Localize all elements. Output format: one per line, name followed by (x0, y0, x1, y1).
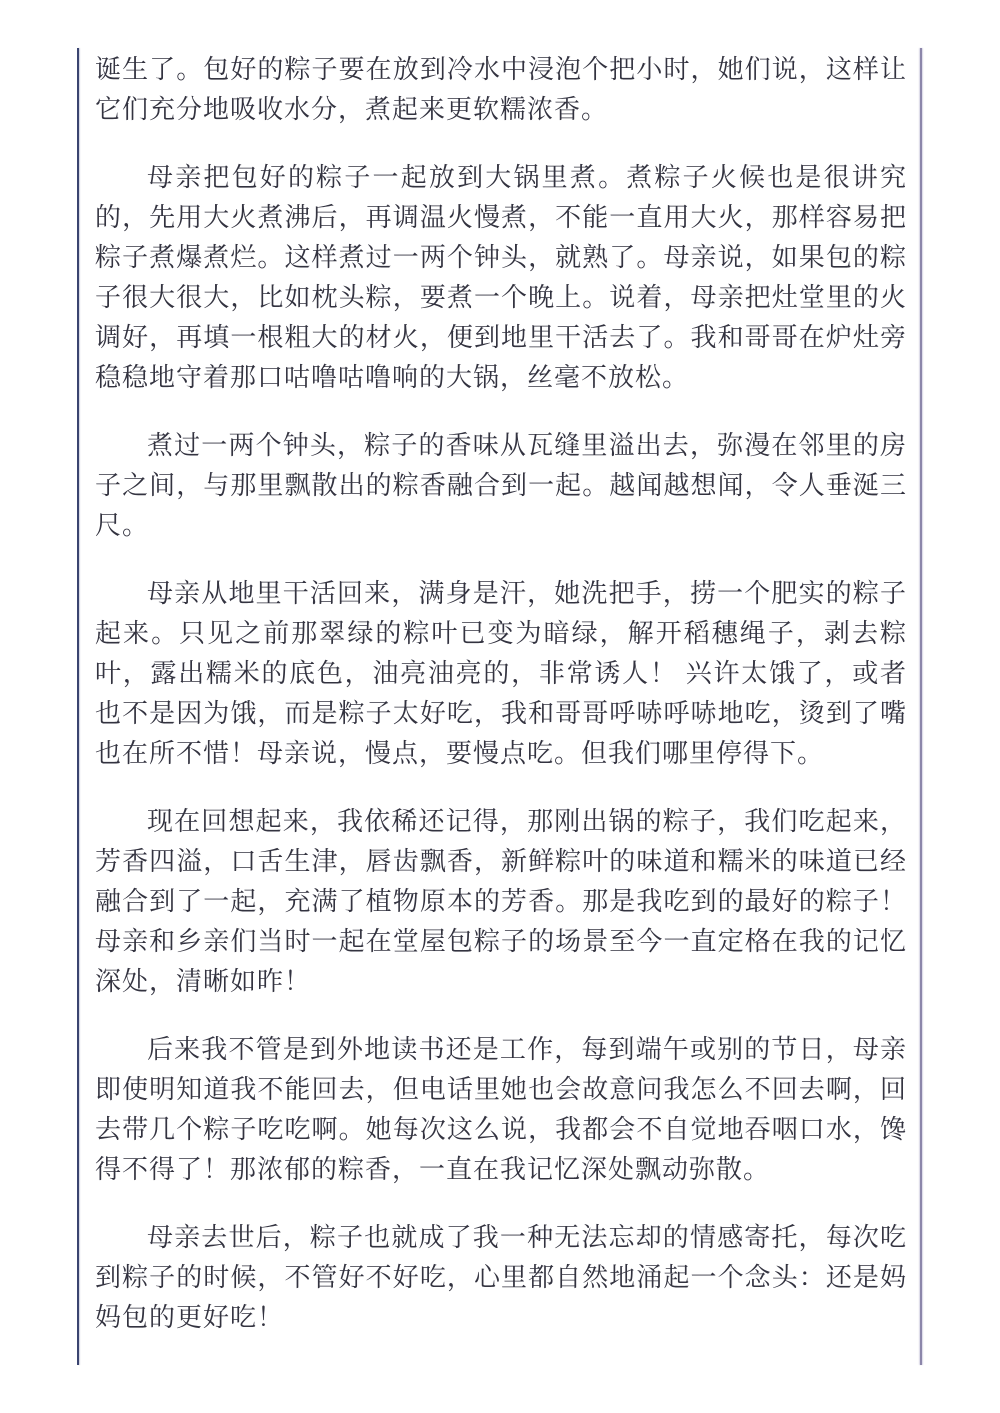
paragraph-6: 后来我不管是到外地读书还是工作，每到端午或别的节日，母亲即使明知道我不能回去，但… (95, 1030, 907, 1190)
paragraph-2: 母亲把包好的粽子一起放到大锅里煮。煮粽子火候也是很讲究的，先用大火煮沸后，再调温… (95, 158, 907, 398)
paragraph-4: 母亲从地里干活回来，满身是汗，她洗把手，捞一个肥实的粽子起来。只见之前那翠绿的粽… (95, 574, 907, 774)
paragraph-5: 现在回想起来，我依稀还记得，那刚出锅的粽子，我们吃起来，芳香四溢，口舌生津，唇齿… (95, 802, 907, 1002)
paragraph-3: 煮过一两个钟头，粽子的香味从瓦缝里溢出去，弥漫在邻里的房子之间，与那里飘散出的粽… (95, 426, 907, 546)
paragraph-1: 诞生了。包好的粽子要在放到冷水中浸泡个把小时，她们说，这样让它们充分地吸收水分，… (95, 50, 907, 130)
document-body-text: 诞生了。包好的粽子要在放到冷水中浸泡个把小时，她们说，这样让它们充分地吸收水分，… (95, 50, 907, 1366)
paragraph-7: 母亲去世后，粽子也就成了我一种无法忘却的情感寄托，每次吃到粽子的时候，不管好不好… (95, 1218, 907, 1338)
page-border-left-line (77, 48, 79, 1365)
document-page: 诞生了。包好的粽子要在放到冷水中浸泡个把小时，她们说，这样让它们充分地吸收水分，… (0, 0, 1000, 1413)
page-border-right-line (920, 48, 922, 1365)
